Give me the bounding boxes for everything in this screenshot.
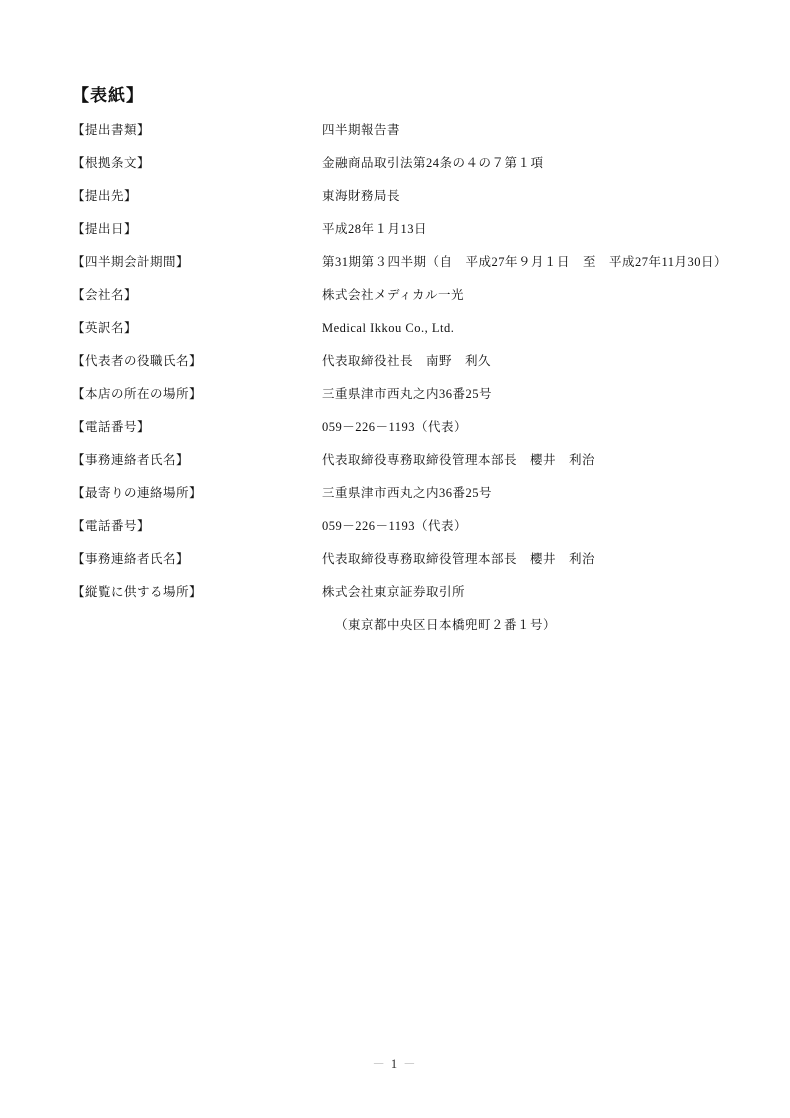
field-label: 【根拠条文】 xyxy=(72,155,322,171)
field-label: 【四半期会計期間】 xyxy=(72,254,322,270)
field-label: 【事務連絡者氏名】 xyxy=(72,551,322,567)
field-value: 059－226－1193（代表） xyxy=(322,518,750,534)
field-label: 【本店の所在の場所】 xyxy=(72,386,322,402)
field-row: 【本店の所在の場所】 三重県津市西丸之内36番25号 xyxy=(72,386,750,419)
field-value: （東京都中央区日本橋兜町２番１号） xyxy=(322,617,750,633)
field-value: 四半期報告書 xyxy=(322,122,750,138)
field-label: 【縦覧に供する場所】 xyxy=(72,584,322,600)
field-label: 【代表者の役職氏名】 xyxy=(72,353,322,369)
field-value: 三重県津市西丸之内36番25号 xyxy=(322,485,750,501)
field-value: Medical Ikkou Co., Ltd. xyxy=(322,320,750,336)
field-value: 株式会社メディカル一光 xyxy=(322,287,750,303)
footer-right-dash: － xyxy=(403,1057,418,1071)
field-value: 平成28年１月13日 xyxy=(322,221,750,237)
field-label: 【電話番号】 xyxy=(72,518,322,534)
field-row: 【事務連絡者氏名】 代表取締役専務取締役管理本部長 櫻井 利治 xyxy=(72,551,750,584)
footer-left-dash: － xyxy=(372,1057,387,1071)
field-row: （東京都中央区日本橋兜町２番１号） xyxy=(72,617,750,650)
field-label: 【提出先】 xyxy=(72,188,322,204)
field-row: 【英訳名】 Medical Ikkou Co., Ltd. xyxy=(72,320,750,353)
field-label: 【英訳名】 xyxy=(72,320,322,336)
document-content: 【表紙】 【提出書類】 四半期報告書 【根拠条文】 金融商品取引法第24条の４の… xyxy=(72,86,750,650)
field-row: 【縦覧に供する場所】 株式会社東京証券取引所 xyxy=(72,584,750,617)
page-title: 【表紙】 xyxy=(72,86,750,106)
fields-table: 【提出書類】 四半期報告書 【根拠条文】 金融商品取引法第24条の４の７第１項 … xyxy=(72,122,750,650)
field-row: 【根拠条文】 金融商品取引法第24条の４の７第１項 xyxy=(72,155,750,188)
field-label: 【提出書類】 xyxy=(72,122,322,138)
field-value: 株式会社東京証券取引所 xyxy=(322,584,750,600)
field-row: 【四半期会計期間】 第31期第３四半期（自 平成27年９月１日 至 平成27年1… xyxy=(72,254,750,287)
field-label: 【事務連絡者氏名】 xyxy=(72,452,322,468)
field-value: 三重県津市西丸之内36番25号 xyxy=(322,386,750,402)
page-number: 1 xyxy=(387,1057,403,1071)
field-row: 【提出日】 平成28年１月13日 xyxy=(72,221,750,254)
field-row: 【事務連絡者氏名】 代表取締役専務取締役管理本部長 櫻井 利治 xyxy=(72,452,750,485)
document-page: 【表紙】 【提出書類】 四半期報告書 【根拠条文】 金融商品取引法第24条の４の… xyxy=(0,0,790,1118)
field-row: 【提出先】 東海財務局長 xyxy=(72,188,750,221)
field-row: 【会社名】 株式会社メディカル一光 xyxy=(72,287,750,320)
field-label: 【電話番号】 xyxy=(72,419,322,435)
field-value: 金融商品取引法第24条の４の７第１項 xyxy=(322,155,750,171)
field-value: 東海財務局長 xyxy=(322,188,750,204)
field-value: 059－226－1193（代表） xyxy=(322,419,750,435)
field-value: 代表取締役専務取締役管理本部長 櫻井 利治 xyxy=(322,452,750,468)
field-row: 【最寄りの連絡場所】 三重県津市西丸之内36番25号 xyxy=(72,485,750,518)
field-row: 【代表者の役職氏名】 代表取締役社長 南野 利久 xyxy=(72,353,750,386)
field-label: 【最寄りの連絡場所】 xyxy=(72,485,322,501)
field-label: 【提出日】 xyxy=(72,221,322,237)
field-value: 代表取締役社長 南野 利久 xyxy=(322,353,750,369)
field-value: 第31期第３四半期（自 平成27年９月１日 至 平成27年11月30日） xyxy=(322,254,750,270)
page-footer: －1－ xyxy=(0,1056,790,1072)
field-value: 代表取締役専務取締役管理本部長 櫻井 利治 xyxy=(322,551,750,567)
field-label: 【会社名】 xyxy=(72,287,322,303)
field-row: 【電話番号】 059－226－1193（代表） xyxy=(72,419,750,452)
field-row: 【提出書類】 四半期報告書 xyxy=(72,122,750,155)
field-row: 【電話番号】 059－226－1193（代表） xyxy=(72,518,750,551)
